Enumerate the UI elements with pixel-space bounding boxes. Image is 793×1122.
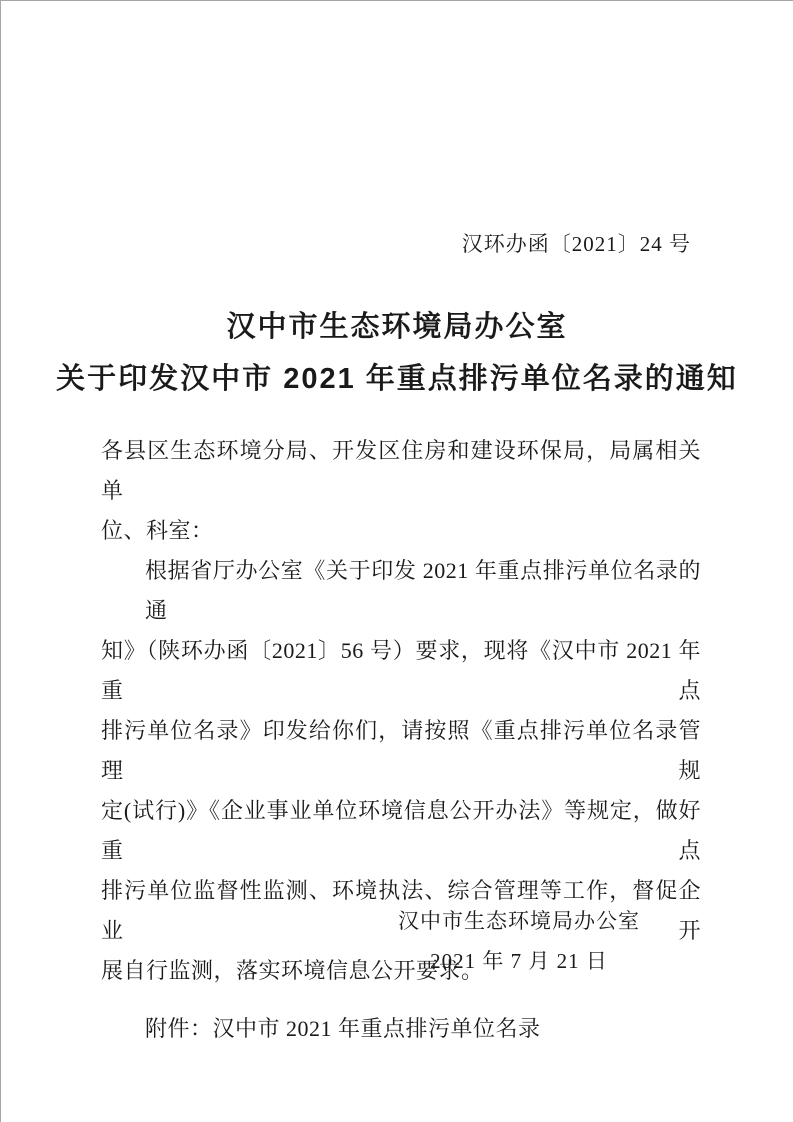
doc-number: 汉环办函〔2021〕24 号 (101, 228, 701, 258)
signature-date: 2021 年 7 月 21 日 (398, 941, 640, 981)
attachment-line: 附件：汉中市 2021 年重点排污单位名录 (101, 1009, 701, 1049)
paragraph-line: 根据省厅办公室《关于印发 2021 年重点排污单位名录的通 (101, 551, 701, 631)
document-title: 汉中市生态环境局办公室 关于印发汉中市 2021 年重点排污单位名录的通知 (1, 301, 793, 405)
signature-block: 汉中市生态环境局办公室 2021 年 7 月 21 日 (398, 901, 640, 981)
paragraph-line: 排污单位名录》印发给你们，请按照《重点排污单位名录管理规 (101, 711, 701, 791)
salutation-line: 各县区生态环境分局、开发区住房和建设环保局，局属相关单 (101, 431, 701, 511)
signature-issuer: 汉中市生态环境局办公室 (398, 901, 640, 941)
paragraph-line: 知》（陕环办函〔2021〕56 号）要求，现将《汉中市 2021 年重点 (101, 631, 701, 711)
salutation-line: 位、科室： (101, 511, 701, 551)
title-line-2: 关于印发汉中市 2021 年重点排污单位名录的通知 (1, 353, 793, 405)
document-page: 汉环办函〔2021〕24 号 汉中市生态环境局办公室 关于印发汉中市 2021 … (0, 0, 793, 1122)
title-line-1: 汉中市生态环境局办公室 (1, 301, 793, 353)
paragraph-line: 定(试行)》《企业事业单位环境信息公开办法》等规定，做好重点 (101, 791, 701, 871)
salutation: 各县区生态环境分局、开发区住房和建设环保局，局属相关单 位、科室： (101, 431, 701, 551)
